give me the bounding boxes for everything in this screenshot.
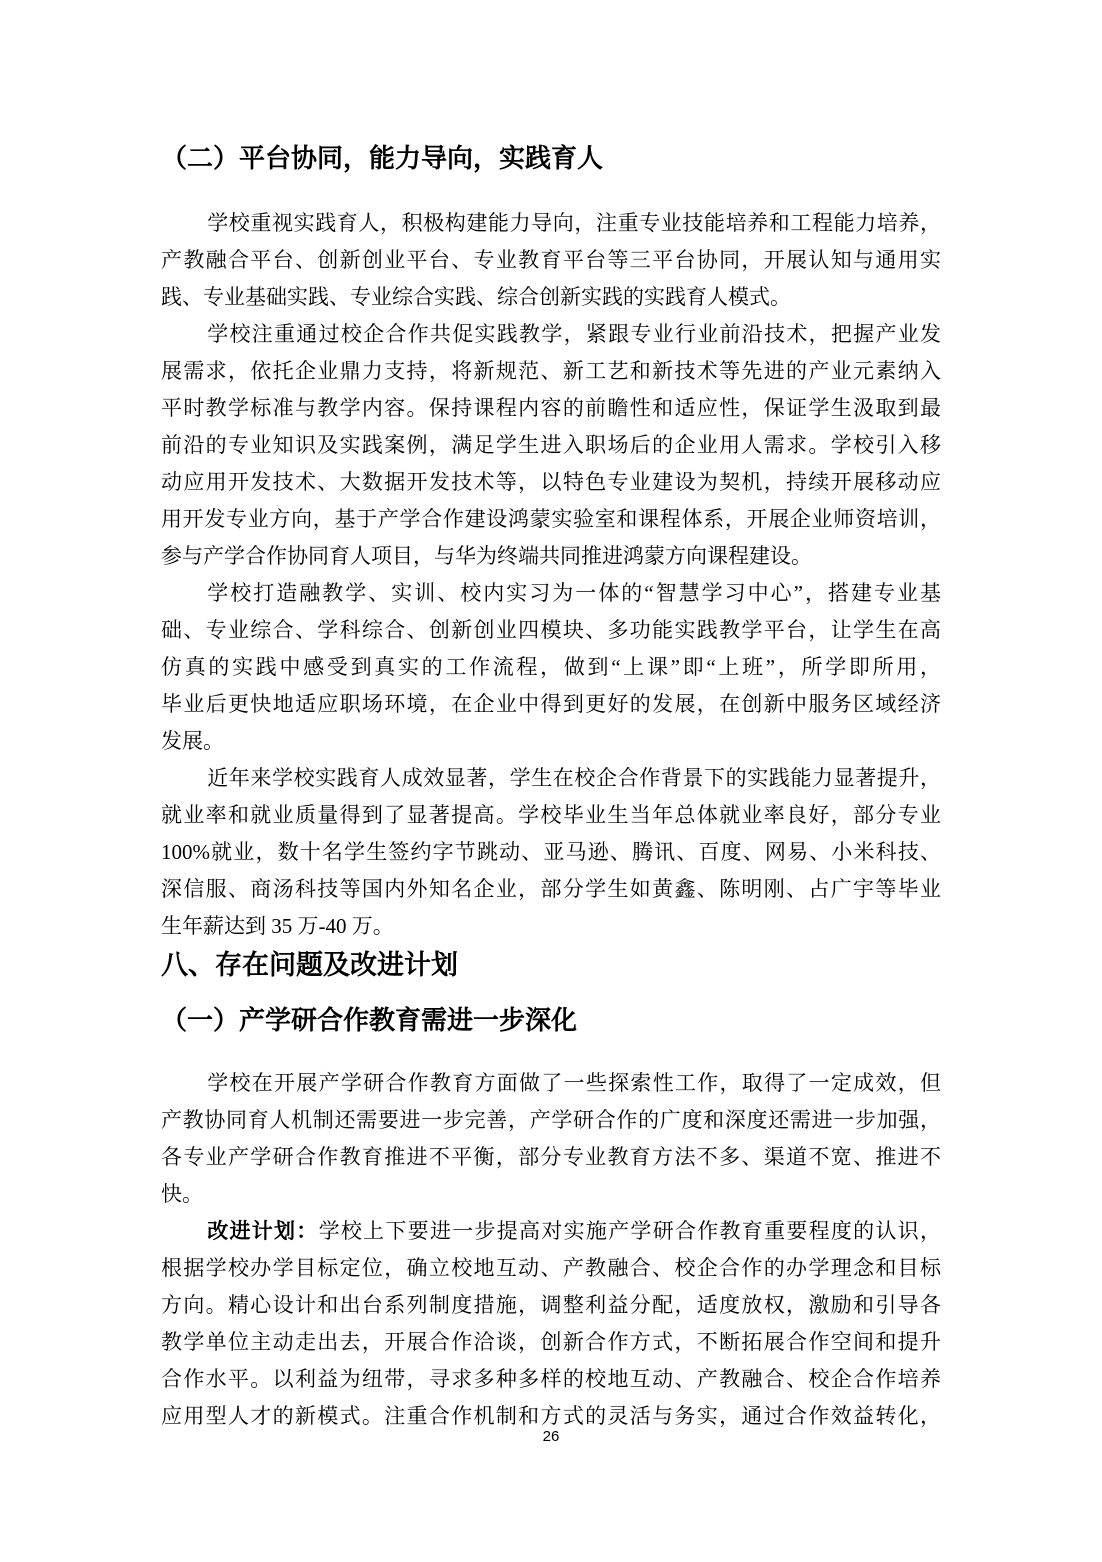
text-line: 100%就业，数十名学生签约字节跳动、亚马逊、腾讯、百度、网易、小米科技、	[161, 834, 941, 871]
text-line: 产教融合平台、创新创业平台、专业教育平台等三平台协同，开展认知与通用实	[161, 242, 941, 279]
text-line: 方向。精心设计和出台系列制度措施，调整利益分配，适度放权，激励和引导各	[161, 1287, 941, 1324]
text-line: 改进计划：学校上下要进一步提高对实施产学研合作教育重要程度的认识，	[161, 1213, 941, 1250]
bold-lead-label: 改进计划：	[207, 1219, 318, 1243]
text-line: 毕业后更快地适应职场环境，在企业中得到更好的发展，在创新中服务区域经济	[161, 686, 941, 723]
page-number: 26	[0, 1428, 1102, 1446]
paragraph-cooperation-problems: 学校在开展产学研合作教育方面做了一些探索性工作，取得了一定成效，但产教协同育人机…	[161, 1065, 941, 1213]
text-line: 近年来学校实践育人成效显著，学生在校企合作背景下的实践能力显著提升，	[161, 760, 941, 797]
heading-section-industry-education-research: （一）产学研合作教育需进一步深化	[161, 1006, 941, 1034]
document-page: （二）平台协同，能力导向，实践育人 学校重视实践育人，积极构建能力导向，注重专业…	[0, 0, 1102, 1562]
text-line: 学校在开展产学研合作教育方面做了一些探索性工作，取得了一定成效，但	[161, 1065, 941, 1102]
paragraph-school-enterprise-cooperation: 学校注重通过校企合作共促实践教学，紧跟专业行业前沿技术，把握产业发展需求，依托企…	[161, 316, 941, 575]
text-line: 快。	[161, 1176, 941, 1213]
paragraph-improvement-plan: 改进计划：学校上下要进一步提高对实施产学研合作教育重要程度的认识，根据学校办学目…	[161, 1213, 941, 1435]
heading-section-platform-collaboration: （二）平台协同，能力导向，实践育人	[161, 143, 941, 173]
text-line: 参与产学合作协同育人项目，与华为终端共同推进鸿蒙方向课程建设。	[161, 538, 941, 575]
text-line: 展需求，依托企业鼎力支持，将新规范、新工艺和新技术等先进的产业元素纳入	[161, 353, 941, 390]
text-line: 教学单位主动走出去，开展合作洽谈，创新合作方式，不断拓展合作空间和提升	[161, 1324, 941, 1361]
heading-chapter-problems-and-improvement: 八、存在问题及改进计划	[161, 951, 941, 979]
text-line: 础、专业综合、学科综合、创新创业四模块、多功能实践教学平台，让学生在高	[161, 612, 941, 649]
text-line: 学校注重通过校企合作共促实践教学，紧跟专业行业前沿技术，把握产业发	[161, 316, 941, 353]
text-line: 学校重视实践育人，积极构建能力导向，注重专业技能培养和工程能力培养，	[161, 205, 941, 242]
text-line: 各专业产学研合作教育推进不平衡，部分专业教育方法不多、渠道不宽、推进不	[161, 1139, 941, 1176]
paragraph-practice-education-model: 学校重视实践育人，积极构建能力导向，注重专业技能培养和工程能力培养，产教融合平台…	[161, 205, 941, 316]
text-line: 发展。	[161, 723, 941, 760]
text-line: 前沿的专业知识及实践案例，满足学生进入职场后的企业用人需求。学校引入移	[161, 427, 941, 464]
text-line: 就业率和就业质量得到了显著提高。学校毕业生当年总体就业率良好，部分专业	[161, 797, 941, 834]
text-line: 合作水平。以利益为纽带，寻求多种多样的校地互动、产教融合、校企合作培养	[161, 1361, 941, 1398]
text-line: 深信服、商汤科技等国内外知名企业，部分学生如黄鑫、陈明刚、占广宇等毕业	[161, 871, 941, 908]
text-line: 学校打造融教学、实训、校内实习为一体的“智慧学习中心”，搭建专业基	[161, 575, 941, 612]
text-line: 平时教学标准与教学内容。保持课程内容的前瞻性和适应性，保证学生汲取到最	[161, 390, 941, 427]
text-line: 根据学校办学目标定位，确立校地互动、产教融合、校企合作的办学理念和目标	[161, 1250, 941, 1287]
text-line: 动应用开发技术、大数据开发技术等，以特色专业建设为契机，持续开展移动应	[161, 464, 941, 501]
text-line: 践、专业基础实践、专业综合实践、综合创新实践的实践育人模式。	[161, 279, 941, 316]
text-line: 仿真的实践中感受到真实的工作流程，做到“上课”即“上班”，所学即所用，	[161, 649, 941, 686]
paragraph-smart-learning-center: 学校打造融教学、实训、校内实习为一体的“智慧学习中心”，搭建专业基础、专业综合、…	[161, 575, 941, 760]
document-content: （二）平台协同，能力导向，实践育人 学校重视实践育人，积极构建能力导向，注重专业…	[161, 0, 941, 1435]
text-line: 生年薪达到 35 万-40 万。	[161, 908, 941, 945]
paragraph-employment-outcomes: 近年来学校实践育人成效显著，学生在校企合作背景下的实践能力显著提升，就业率和就业…	[161, 760, 941, 945]
text-line: 产教协同育人机制还需要进一步完善，产学研合作的广度和深度还需进一步加强，	[161, 1102, 941, 1139]
text-line: 用开发专业方向，基于产学合作建设鸿蒙实验室和课程体系，开展企业师资培训，	[161, 501, 941, 538]
